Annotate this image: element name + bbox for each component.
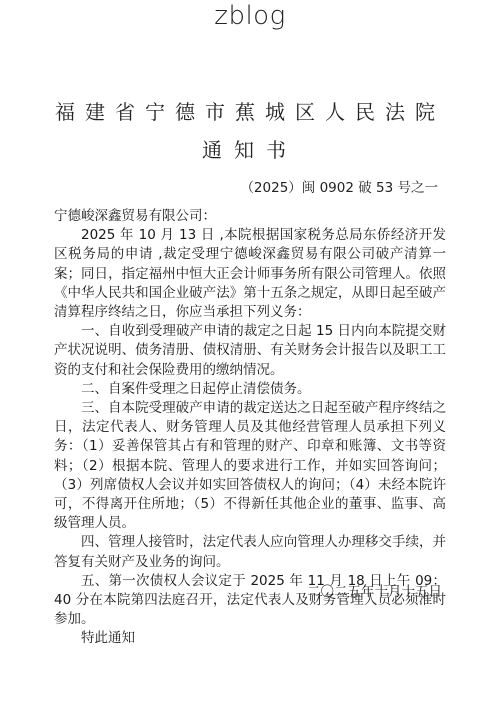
document-title: 通知书	[0, 134, 500, 163]
paragraph-intro: 2025 年 10 月 13 日 ,本院根据国家税务总局东侨经济开发区税务局的申…	[54, 226, 446, 322]
site-watermark: zblog	[0, 0, 500, 32]
paragraph-obligation-3: 三、自本院受理破产申请的裁定送达之日起至破产程序终结之日，法定代表人、财务管理人…	[54, 399, 446, 533]
paragraph-obligation-4: 四、管理人接管时，法定代表人应向管理人办理移交手续，并答复有关财产及业务的询问。	[54, 533, 446, 571]
closing-remark: 特此通知	[54, 629, 446, 648]
document-number: （2025）闽 0902 破 53 号之一	[240, 176, 438, 196]
court-name: 福建省宁德市蕉城区人民法院	[0, 96, 500, 125]
issue-date: 二〇二五年十月十五日	[307, 580, 442, 600]
paragraph-obligation-2: 二、自案件受理之日起停止清偿债务。	[54, 380, 446, 399]
addressee: 宁德峻深鑫贸易有限公司：	[54, 207, 446, 226]
paragraph-obligation-1: 一、自收到受理破产申请的裁定之日起 15 日内向本院提交财产状况说明、债务清册、…	[54, 322, 446, 380]
